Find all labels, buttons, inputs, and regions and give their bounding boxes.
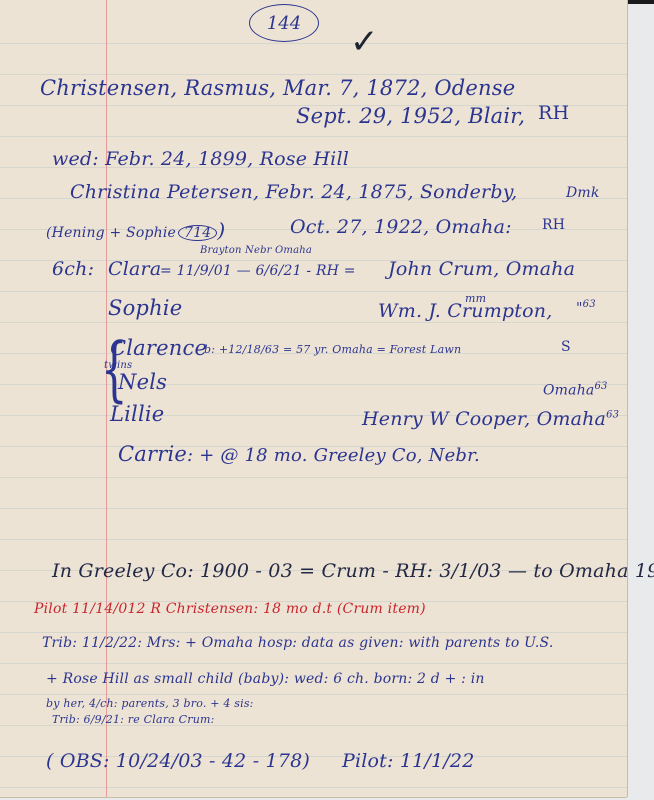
nels-place: Omaha63 bbox=[543, 382, 608, 398]
nels-place-text: Omaha bbox=[543, 383, 594, 399]
child-carrie-name: Carrie bbox=[118, 442, 187, 466]
child-clara-dates: = 11/9/01 — 6/6/21 - RH = bbox=[160, 264, 356, 278]
spouse-line: Christina Petersen, Febr. 24, 1875, Sond… bbox=[70, 183, 517, 202]
child-lillie-name: Lillie bbox=[110, 404, 164, 425]
child-clarence-details: b: +12/18/63 = 57 yr. Omaha = Forest Law… bbox=[204, 344, 461, 355]
child-clara-name: Clara bbox=[108, 260, 161, 279]
spouse-parents-close: ) bbox=[217, 218, 225, 242]
child-sophie-spouse: Wm. J. Crumpton, bbox=[378, 302, 552, 321]
spouse-burial-code: RH bbox=[542, 218, 565, 232]
trib-note-2: + Rose Hill as small child (baby): wed: … bbox=[46, 672, 485, 686]
clarence-burial-code: S bbox=[561, 340, 571, 354]
pilot-final-note: Pilot: 11/1/22 bbox=[342, 752, 475, 771]
lillie-spouse-text: Henry W Cooper, Omaha bbox=[362, 408, 606, 430]
child-carrie: Carrie: + @ 18 mo. Greeley Co, Nebr. bbox=[118, 444, 480, 465]
child-clarence-name: Clarence bbox=[110, 338, 207, 359]
child-carrie-details: : + @ 18 mo. Greeley Co, Nebr. bbox=[187, 445, 480, 466]
sophie-ditto-mark: "63 bbox=[576, 300, 596, 316]
page-number: 144 bbox=[267, 13, 301, 34]
spouse-death: Oct. 27, 1922, Omaha: bbox=[290, 218, 512, 237]
spouse-country: Dmk bbox=[566, 186, 600, 200]
death-burial-code: RH bbox=[538, 104, 569, 123]
residence-note: In Greeley Co: 1900 - 03 = Crum - RH: 3/… bbox=[52, 562, 654, 581]
obs-reference: ( OBS: 10/24/03 - 42 - 178) bbox=[46, 752, 310, 771]
clara-birthplace-note: Brayton Nebr Omaha bbox=[200, 246, 312, 256]
spouse-parents-names: (Hening + Sophie bbox=[46, 225, 176, 241]
year-superscript: 63 bbox=[583, 299, 596, 310]
trib-note-4: Trib: 6/9/21: re Clara Crum: bbox=[52, 714, 215, 725]
ditto-mark: " bbox=[576, 301, 583, 317]
page-number-circle: 144 bbox=[249, 4, 319, 42]
trib-note-3: by her, 4/ch: parents, 3 bro. + 4 sis: bbox=[46, 698, 254, 709]
child-lillie-spouse: Henry W Cooper, Omaha63 bbox=[362, 410, 619, 429]
marriage-line: wed: Febr. 24, 1899, Rose Hill bbox=[52, 150, 349, 169]
spouse-parents: (Hening + Sophie714) bbox=[46, 220, 225, 241]
year-superscript: 63 bbox=[594, 381, 607, 392]
child-nels-name: Nels bbox=[118, 372, 167, 393]
cross-reference-number: 714 bbox=[178, 225, 217, 241]
year-superscript: 63 bbox=[606, 410, 619, 421]
name-line: Christensen, Rasmus, Mar. 7, 1872, Odens… bbox=[40, 78, 515, 99]
pilot-note-red: Pilot 11/14/012 R Christensen: 18 mo d.t… bbox=[34, 602, 426, 616]
death-line: Sept. 29, 1952, Blair, bbox=[296, 106, 525, 127]
children-count: 6ch: bbox=[52, 260, 94, 279]
child-sophie-name: Sophie bbox=[108, 298, 182, 319]
checkmark-icon: ✓ bbox=[350, 22, 379, 62]
child-clara-spouse: John Crum, Omaha bbox=[388, 260, 575, 279]
trib-note-1: Trib: 11/2/22: Mrs: + Omaha hosp: data a… bbox=[42, 636, 553, 650]
scanner-edge bbox=[626, 0, 654, 4]
record-card: 144 ✓ Christensen, Rasmus, Mar. 7, 1872,… bbox=[0, 0, 627, 797]
